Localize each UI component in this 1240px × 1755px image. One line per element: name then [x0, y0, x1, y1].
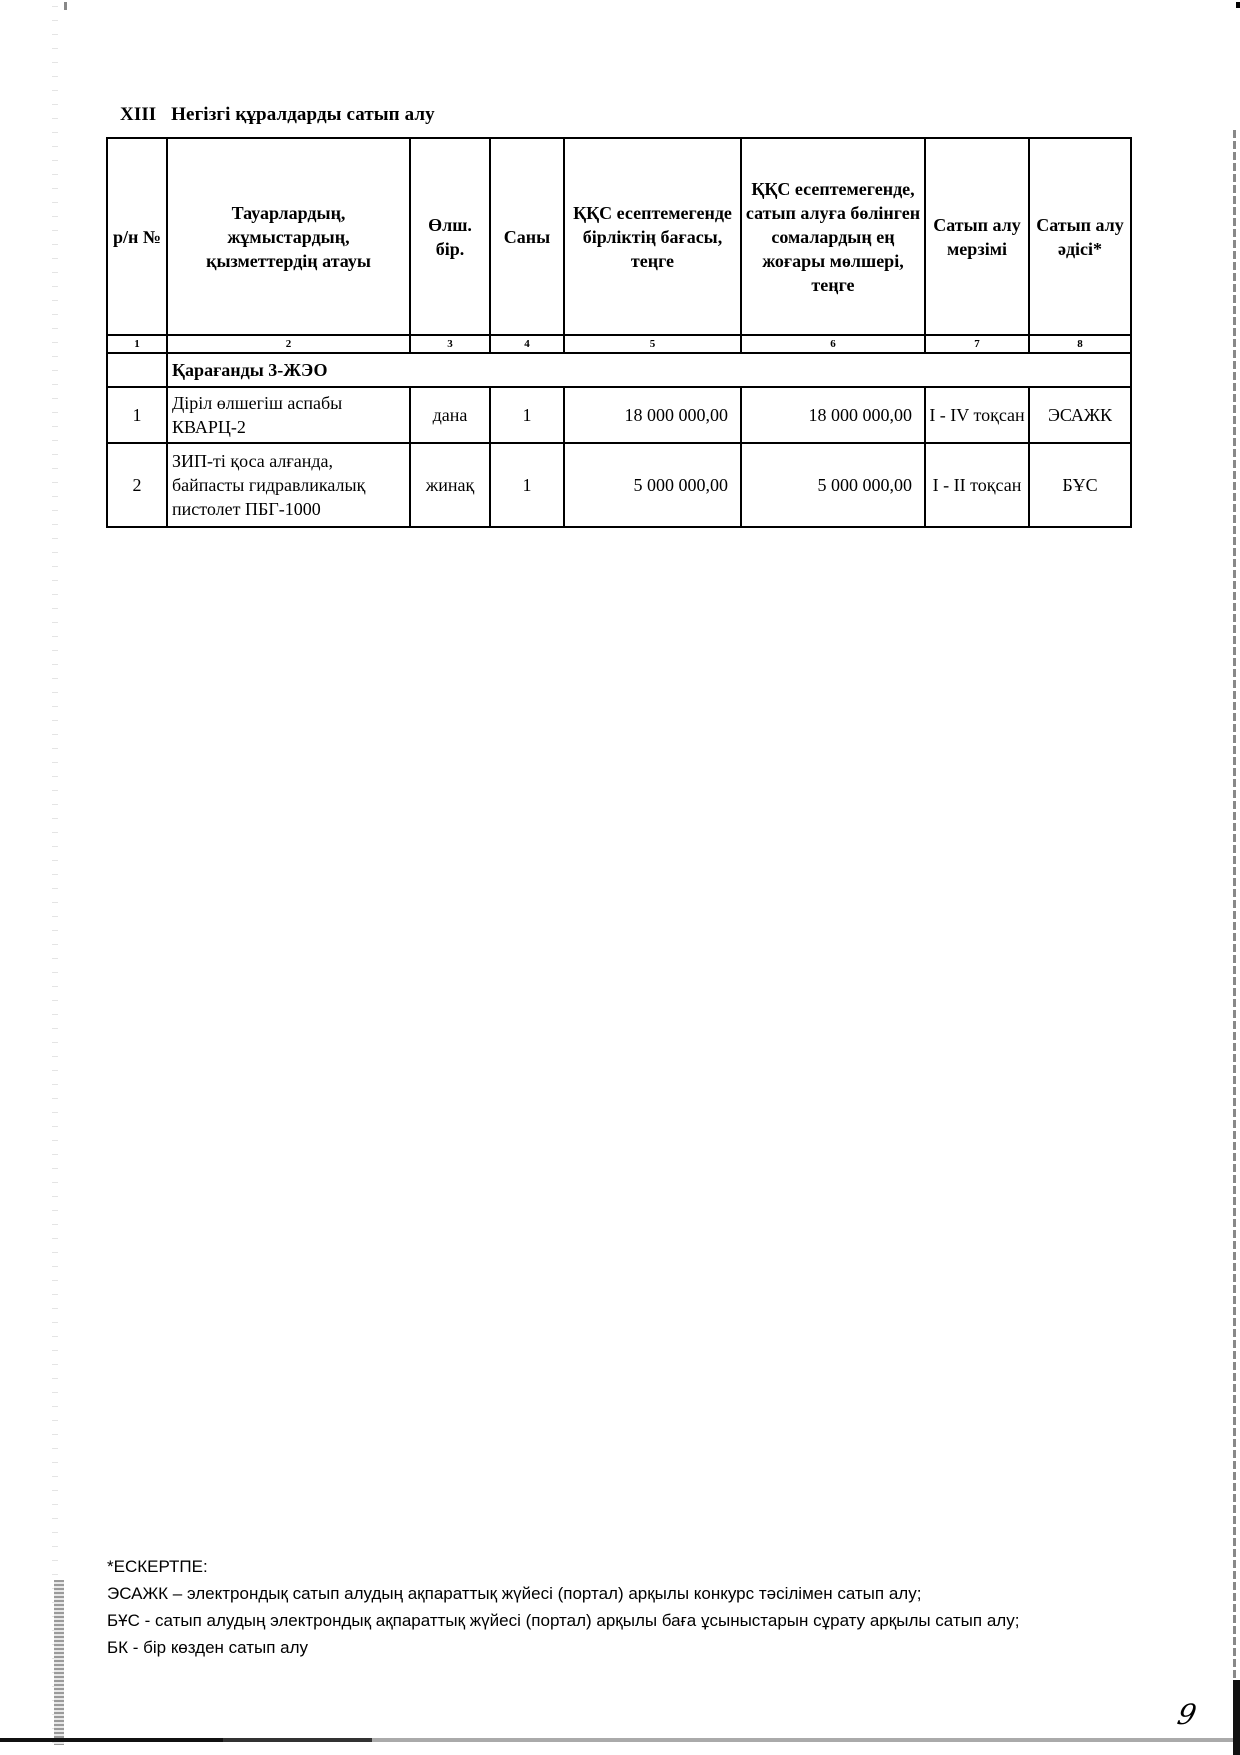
handwritten-page-number: 9: [1174, 1698, 1199, 1731]
item-method: БҰС: [1029, 443, 1131, 527]
scan-artifact-right-bar: [1233, 1680, 1240, 1755]
item-unit-price: 5 000 000,00: [564, 443, 741, 527]
section-title: XIII Негізгі құралдарды сатып алу: [120, 104, 435, 126]
group-name: Қарағанды 3-ЖЭО: [167, 353, 1131, 387]
item-unit: жинақ: [410, 443, 490, 527]
header-method: Сатып алу әдісі*: [1029, 138, 1131, 335]
column-number: 4: [490, 335, 564, 353]
header-item-name: Тауарлардың, жұмыстардың, қызметтердің а…: [167, 138, 410, 335]
footnotes: *ЕСКЕРТПЕ: ЭСАЖК – электрондық сатып алу…: [107, 1553, 1087, 1661]
scan-artifact-corner-top-left: [64, 2, 67, 10]
header-quantity: Саны: [490, 138, 564, 335]
section-title-text: Негізгі құралдарды сатып алу: [171, 104, 435, 125]
column-number: 5: [564, 335, 741, 353]
header-row-number: р/н №: [107, 138, 167, 335]
scan-artifact-left-bottom: [54, 1580, 64, 1745]
item-name: Діріл өлшегіш аспабы КВАРЦ-2: [167, 387, 410, 443]
item-unit-price: 18 000 000,00: [564, 387, 741, 443]
item-max-amount: 5 000 000,00: [741, 443, 925, 527]
column-number: 1: [107, 335, 167, 353]
header-term: Сатып алу мерзімі: [925, 138, 1029, 335]
column-number: 6: [741, 335, 925, 353]
item-term: I - II тоқсан: [925, 443, 1029, 527]
footnote-title: *ЕСКЕРТПЕ:: [107, 1553, 1087, 1580]
item-method: ЭСАЖК: [1029, 387, 1131, 443]
item-name: ЗИП-ті қоса алғанда, байпасты гидравлика…: [167, 443, 410, 527]
footnote-line: БҰС - сатып алудың электрондық ақпаратты…: [107, 1607, 1087, 1634]
header-max-amount: ҚҚС есептемегенде, сатып алуға бөлінген …: [741, 138, 925, 335]
header-unit-price: ҚҚС есептемегенде бірліктің бағасы, теңг…: [564, 138, 741, 335]
column-numbers-row: 1 2 3 4 5 6 7 8: [107, 335, 1131, 353]
row-number: 2: [107, 443, 167, 527]
table-row: 1 Діріл өлшегіш аспабы КВАРЦ-2 дана 1 18…: [107, 387, 1131, 443]
footnote-line: БК - бір көзден сатып алу: [107, 1634, 1087, 1661]
scan-artifact-bottom-edge: [0, 1738, 1240, 1742]
header-unit: Өлш. бір.: [410, 138, 490, 335]
item-term: I - IV тоқсан: [925, 387, 1029, 443]
group-row: Қарағанды 3-ЖЭО: [107, 353, 1131, 387]
procurement-table: р/н № Тауарлардың, жұмыстардың, қызметте…: [106, 137, 1132, 528]
column-number: 3: [410, 335, 490, 353]
column-number: 8: [1029, 335, 1131, 353]
scan-artifact-corner: [1236, 2, 1240, 8]
item-max-amount: 18 000 000,00: [741, 387, 925, 443]
item-quantity: 1: [490, 443, 564, 527]
group-row-spacer: [107, 353, 167, 387]
item-quantity: 1: [490, 387, 564, 443]
table-row: 2 ЗИП-ті қоса алғанда, байпасты гидравли…: [107, 443, 1131, 527]
row-number: 1: [107, 387, 167, 443]
footnote-line: ЭСАЖК – электрондық сатып алудың ақпарат…: [107, 1580, 1087, 1607]
table-header-row: р/н № Тауарлардың, жұмыстардың, қызметте…: [107, 138, 1131, 335]
scan-artifact-left-edge: [52, 0, 58, 1755]
item-unit: дана: [410, 387, 490, 443]
section-number: XIII: [120, 104, 156, 125]
column-number: 7: [925, 335, 1029, 353]
column-number: 2: [167, 335, 410, 353]
scan-artifact-right-edge: [1233, 130, 1236, 1755]
